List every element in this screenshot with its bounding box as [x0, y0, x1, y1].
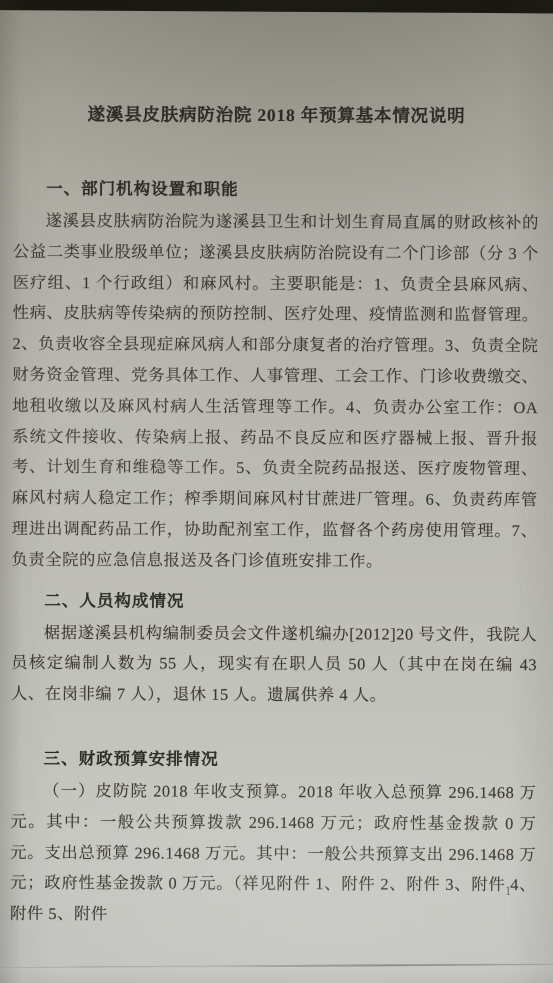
paper-edge-strip [0, 967, 553, 983]
section-3-paragraph: （一）皮防院 2018 年收支预算。2018 年收入总预算 296.1468 万… [10, 776, 537, 932]
section-1-paragraph: 遂溪县皮肤病防治院为遂溪县卫生和计划生育局直属的财政核补的公益二类事业股级单位；… [11, 206, 539, 578]
document-title: 遂溪县皮肤病防治院 2018 年预算基本情况说明 [13, 101, 539, 128]
document-page: 遂溪县皮肤病防治院 2018 年预算基本情况说明 一、部门机构设置和职能 遂溪县… [10, 0, 540, 932]
section-1-heading: 一、部门机构设置和职能 [13, 176, 539, 204]
section-2-paragraph: 椐据遂溪县机构编制委员会文件遂机编办[2012]20 号文件，我院人员核定编制人… [11, 617, 537, 712]
section-3-heading: 三、财政预算安排情况 [11, 746, 537, 774]
page-number: 1 [505, 884, 511, 899]
section-2-heading: 二、人员构成情况 [11, 587, 537, 615]
scanned-document-photo: 遂溪县皮肤病防治院 2018 年预算基本情况说明 一、部门机构设置和职能 遂溪县… [0, 0, 553, 983]
